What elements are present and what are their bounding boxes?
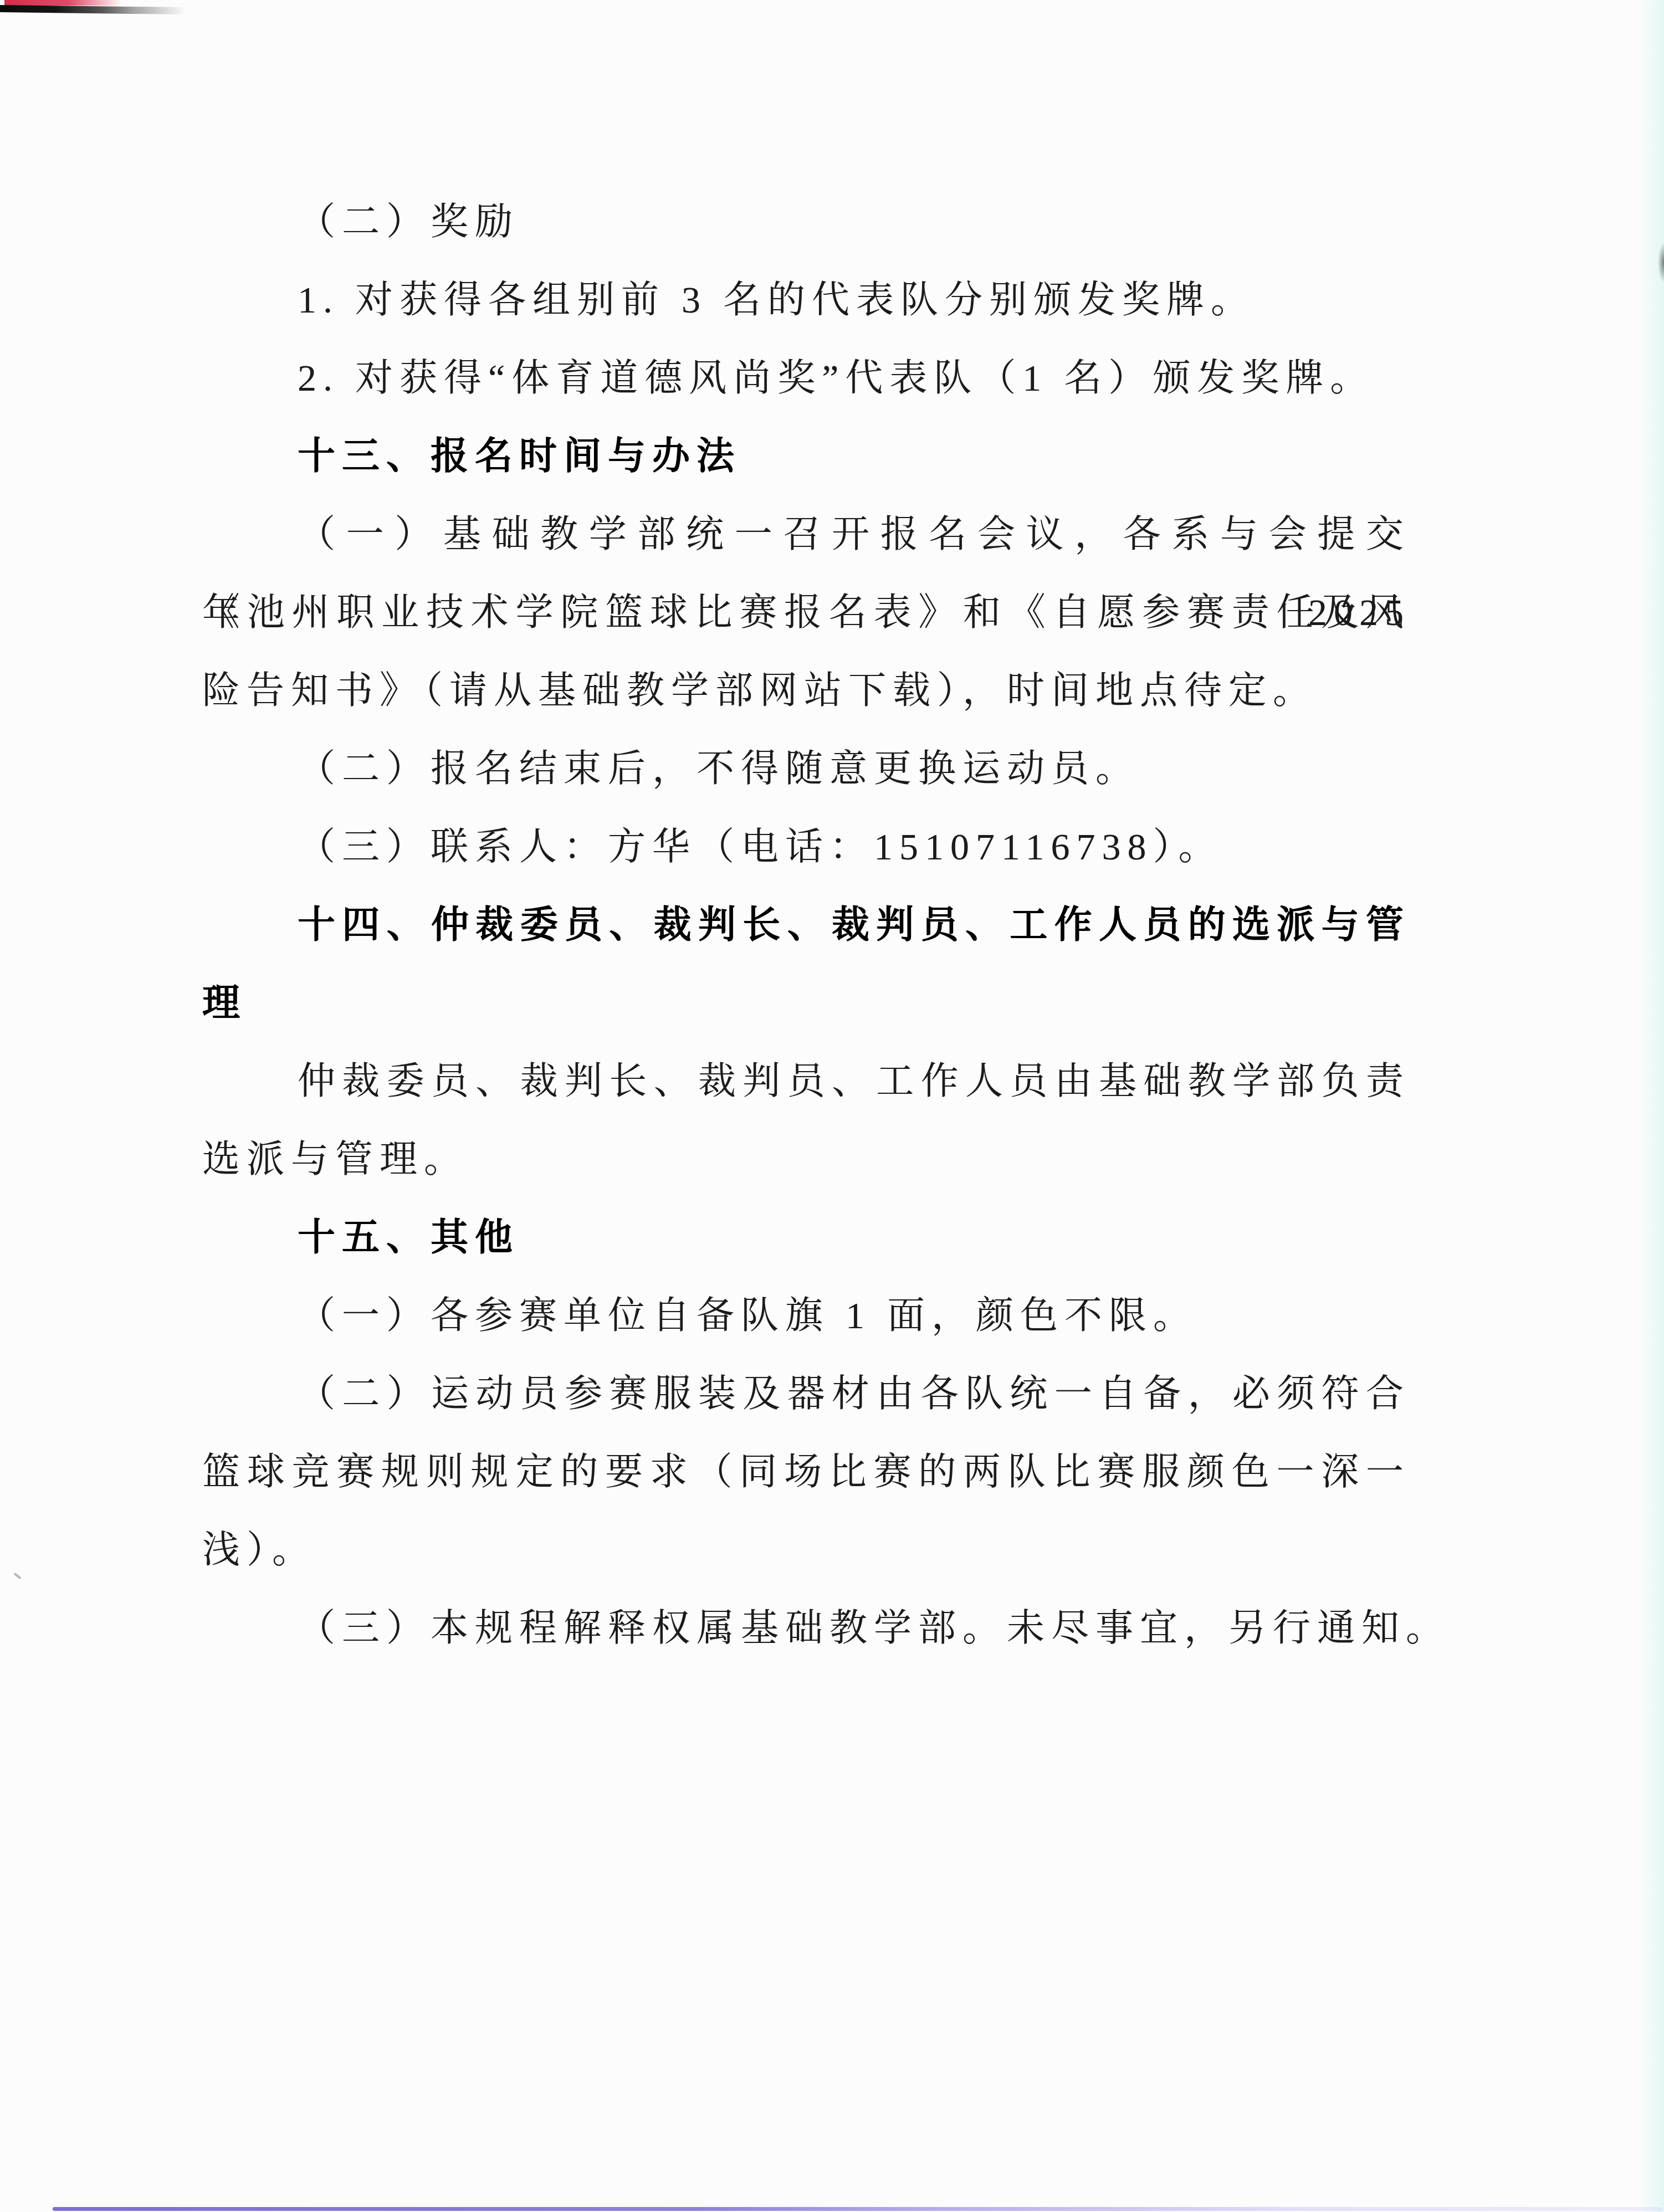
text-line: （三）本规程解释权属基础教学部。未尽事宜，另行通知。 <box>202 1589 1410 1667</box>
text-line: 年池州职业技术学院篮球比赛报名表》和《自愿参赛责任及风 <box>202 574 1410 652</box>
text-line: 1. 对获得各组别前 3 名的代表队分别颁发奖牌。 <box>202 261 1410 339</box>
text-line: （二）奖励 <box>202 183 1410 261</box>
text-line: 浅）。 <box>202 1511 1410 1589</box>
heading-line: 十五、其他 <box>202 1199 1410 1277</box>
scan-artifact-right-edge-mark <box>1658 243 1664 283</box>
text-line: 险告知书》（请从基础教学部网站下载），时间地点待定。 <box>202 652 1410 730</box>
text-line: （二）运动员参赛服装及器材由各队统一自备，必须符合 <box>202 1355 1410 1433</box>
scanned-page: （二）奖励1. 对获得各组别前 3 名的代表队分别颁发奖牌。2. 对获得“体育道… <box>0 0 1664 2212</box>
text-line: 篮球竞赛规则规定的要求（同场比赛的两队比赛服颜色一深一 <box>202 1433 1410 1511</box>
scan-artifact-black-streak <box>0 5 186 14</box>
text-line: （一）各参赛单位自备队旗 1 面，颜色不限。 <box>202 1277 1410 1355</box>
heading-line: 理 <box>202 964 1410 1042</box>
heading-line: 十四、仲裁委员、裁判长、裁判员、工作人员的选派与管 <box>202 886 1410 964</box>
text-line: 仲裁委员、裁判长、裁判员、工作人员由基础教学部负责 <box>202 1042 1410 1120</box>
text-line: 2. 对获得“体育道德风尚奖”代表队（1 名）颁发奖牌。 <box>202 339 1410 417</box>
text-line: （一）基础教学部统一召开报名会议，各系与会提交《2025 <box>202 495 1410 574</box>
heading-line: 十三、报名时间与办法 <box>202 417 1410 495</box>
document-body: （二）奖励1. 对获得各组别前 3 名的代表队分别颁发奖牌。2. 对获得“体育道… <box>202 183 1410 1667</box>
text-line: 选派与管理。 <box>202 1120 1410 1199</box>
text-line: （三）联系人：方华（电话：15107116738）。 <box>202 808 1410 886</box>
scan-right-edge-tint <box>1639 0 1664 2212</box>
text-line: （二）报名结束后，不得随意更换运动员。 <box>202 730 1410 808</box>
scan-artifact-left-tick <box>13 1573 21 1579</box>
scan-artifact-bottom-line <box>53 2207 1663 2211</box>
